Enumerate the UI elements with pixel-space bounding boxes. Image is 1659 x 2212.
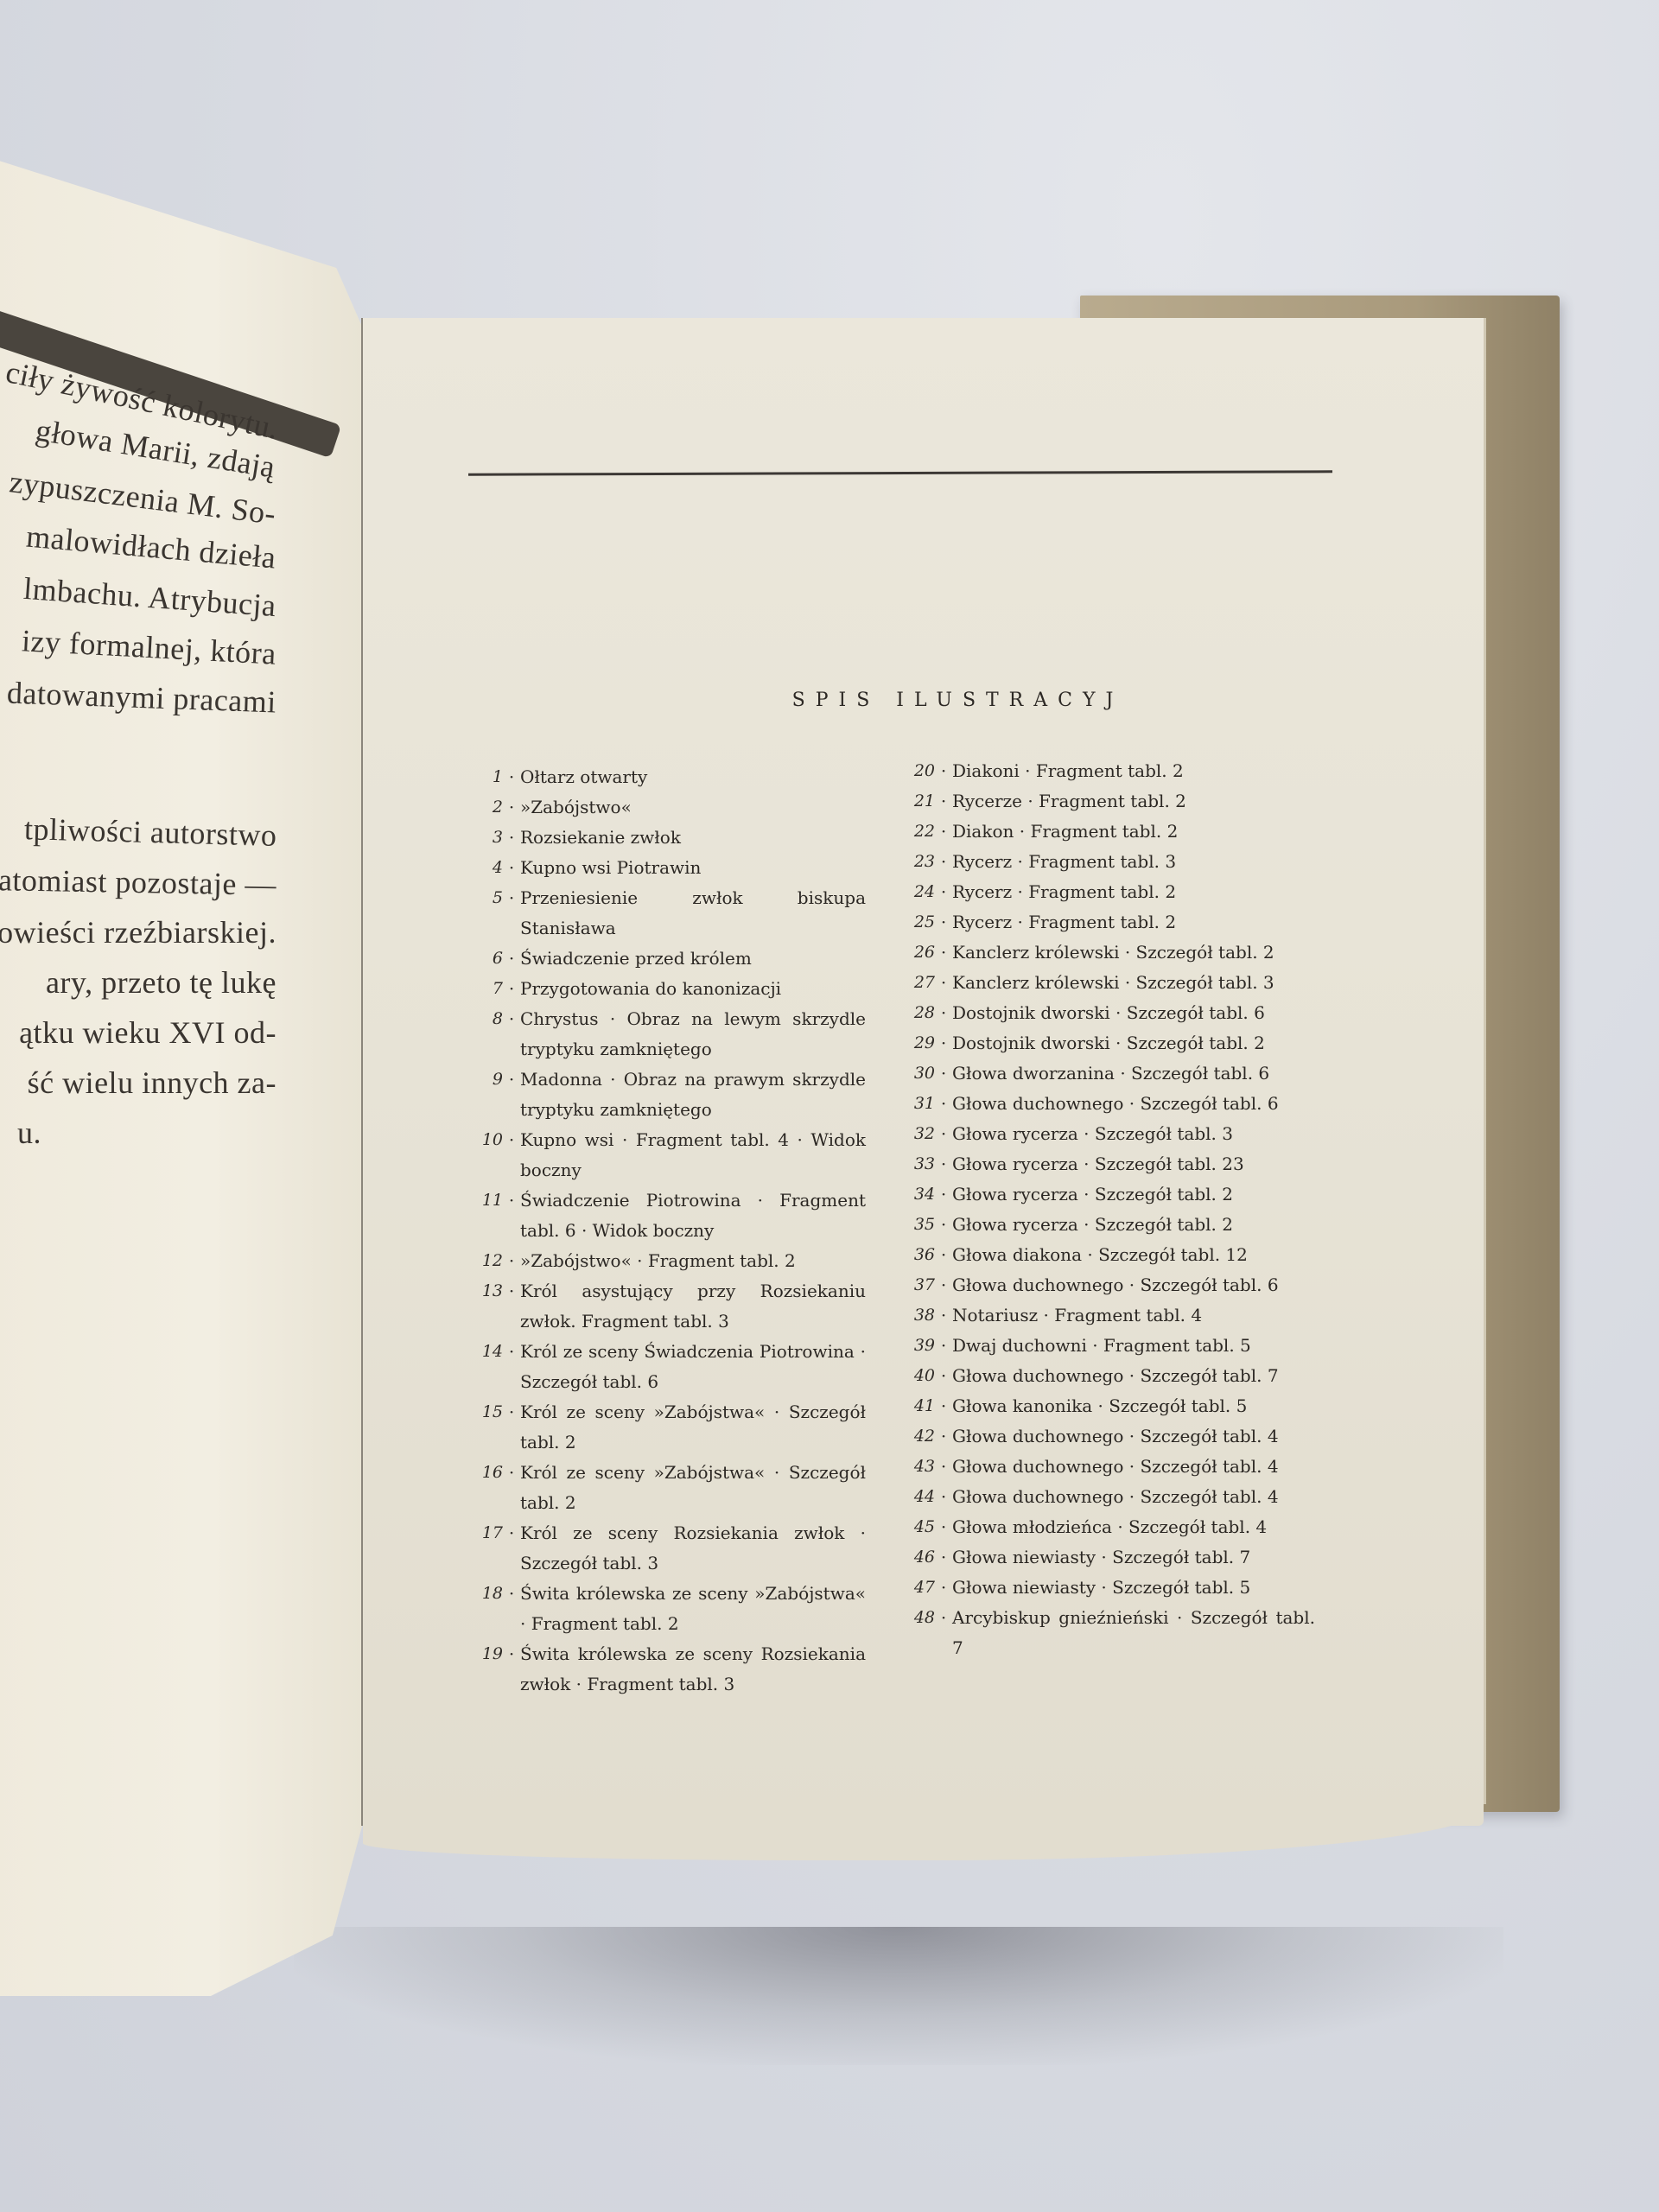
left-text-line: ary, przeto tę lukę [46, 964, 276, 1001]
illustration-caption: Głowa duchownego · Szczegół tabl. 7 [952, 1361, 1315, 1391]
illustration-number: 3 [468, 823, 503, 853]
left-text-line: datowanymi pracami [6, 675, 276, 721]
list-item: 10·Kupno wsi · Fragment tabl. 4 · Widok … [468, 1125, 866, 1185]
separator-dot: · [503, 1185, 520, 1216]
illustration-number: 37 [900, 1270, 935, 1300]
illustration-caption: Głowa niewiasty · Szczegół tabl. 5 [952, 1573, 1315, 1603]
separator-dot: · [935, 1300, 952, 1331]
illustration-number: 28 [900, 998, 935, 1028]
illustration-caption: Głowa rycerza · Szczegół tabl. 23 [952, 1149, 1315, 1179]
illustration-caption: Rycerz · Fragment tabl. 3 [952, 847, 1315, 877]
separator-dot: · [935, 938, 952, 968]
illustration-number: 48 [900, 1603, 935, 1633]
separator-dot: · [503, 1276, 520, 1306]
separator-dot: · [935, 1452, 952, 1482]
left-text-line: izy formalnej, która [21, 622, 277, 671]
list-item: 5·Przeniesienie zwłok biskupa Stanisława [468, 883, 866, 944]
illustration-caption: Król ze sceny Rozsiekania zwłok · Szczeg… [520, 1518, 866, 1579]
list-item: 41·Głowa kanonika · Szczegół tabl. 5 [900, 1391, 1315, 1421]
illustration-caption: Rycerz · Fragment tabl. 2 [952, 877, 1315, 907]
illustration-number: 8 [468, 1004, 503, 1034]
separator-dot: · [935, 877, 952, 907]
illustration-number: 33 [900, 1149, 935, 1179]
left-text-line: owieści rzeźbiarskiej. [0, 914, 276, 950]
list-item: 33·Głowa rycerza · Szczegół tabl. 23 [900, 1149, 1315, 1179]
illustration-caption: Świta królewska ze sceny Rozsiekania zwł… [520, 1639, 866, 1700]
list-item: 32·Głowa rycerza · Szczegół tabl. 3 [900, 1119, 1315, 1149]
list-item: 35·Głowa rycerza · Szczegół tabl. 2 [900, 1210, 1315, 1240]
left-text-line: atomiast pozostaje — [0, 861, 276, 903]
illustration-caption: Diakoni · Fragment tabl. 2 [952, 756, 1315, 786]
separator-dot: · [503, 883, 520, 913]
illustration-number: 4 [468, 853, 503, 883]
list-item: 21·Rycerze · Fragment tabl. 2 [900, 786, 1315, 817]
illustration-number: 40 [900, 1361, 935, 1391]
separator-dot: · [935, 1603, 952, 1633]
list-item: 9·Madonna · Obraz na prawym skrzydle try… [468, 1065, 866, 1125]
illustration-number: 44 [900, 1482, 935, 1512]
illustration-number: 16 [468, 1458, 503, 1488]
illustration-caption: Głowa duchownego · Szczegół tabl. 6 [952, 1089, 1315, 1119]
illustration-number: 18 [468, 1579, 503, 1609]
illustration-number: 15 [468, 1397, 503, 1427]
list-item: 11·Świadczenie Piotrowina · Fragment tab… [468, 1185, 866, 1246]
list-item: 31·Głowa duchownego · Szczegół tabl. 6 [900, 1089, 1315, 1119]
separator-dot: · [503, 974, 520, 1004]
list-item: 18·Świta królewska ze sceny »Zabójstwa« … [468, 1579, 866, 1639]
illustration-caption: Świadczenie Piotrowina · Fragment tabl. … [520, 1185, 866, 1246]
illustration-caption: Kupno wsi · Fragment tabl. 4 · Widok boc… [520, 1125, 866, 1185]
separator-dot: · [503, 944, 520, 974]
illustration-caption: Notariusz · Fragment tabl. 4 [952, 1300, 1315, 1331]
illustration-number: 19 [468, 1639, 503, 1669]
separator-dot: · [935, 1028, 952, 1058]
separator-dot: · [935, 1331, 952, 1361]
list-item: 37·Głowa duchownego · Szczegół tabl. 6 [900, 1270, 1315, 1300]
illustration-caption: Król asystujący przy Rozsiekaniu zwłok. … [520, 1276, 866, 1337]
list-item: 25·Rycerz · Fragment tabl. 2 [900, 907, 1315, 938]
separator-dot: · [935, 998, 952, 1028]
illustration-number: 2 [468, 792, 503, 823]
list-item: 39·Dwaj duchowni · Fragment tabl. 5 [900, 1331, 1315, 1361]
illustration-caption: Głowa duchownego · Szczegół tabl. 6 [952, 1270, 1315, 1300]
separator-dot: · [935, 1542, 952, 1573]
separator-dot: · [503, 1337, 520, 1367]
illustration-number: 39 [900, 1331, 935, 1361]
list-item: 24·Rycerz · Fragment tabl. 2 [900, 877, 1315, 907]
illustration-caption: Kanclerz królewski · Szczegół tabl. 2 [952, 938, 1315, 968]
illustration-number: 1 [468, 762, 503, 792]
separator-dot: · [935, 907, 952, 938]
left-page-text: ciły żywość kolorytu. głowa Marii, zdają… [0, 156, 363, 1996]
separator-dot: · [503, 1639, 520, 1669]
separator-dot: · [935, 1149, 952, 1179]
illustration-number: 27 [900, 968, 935, 998]
separator-dot: · [935, 1361, 952, 1391]
illustration-number: 31 [900, 1089, 935, 1119]
illustration-list-left: 1·Ołtarz otwarty2·»Zabójstwo«3·Rozsiekan… [468, 762, 866, 1700]
list-item: 44·Głowa duchownego · Szczegół tabl. 4 [900, 1482, 1315, 1512]
illustration-caption: Madonna · Obraz na prawym skrzydle trypt… [520, 1065, 866, 1125]
illustration-caption: Kanclerz królewski · Szczegół tabl. 3 [952, 968, 1315, 998]
separator-dot: · [935, 1573, 952, 1603]
list-item: 38·Notariusz · Fragment tabl. 4 [900, 1300, 1315, 1331]
illustration-number: 47 [900, 1573, 935, 1603]
separator-dot: · [935, 1391, 952, 1421]
illustration-caption: Król ze sceny Świadczenia Piotrowina · S… [520, 1337, 866, 1397]
list-item: 19·Świta królewska ze sceny Rozsiekania … [468, 1639, 866, 1700]
list-item: 3·Rozsiekanie zwłok [468, 823, 866, 853]
illustration-number: 42 [900, 1421, 935, 1452]
illustration-caption: Głowa niewiasty · Szczegół tabl. 7 [952, 1542, 1315, 1573]
left-text-line: ątku wieku XVI od- [19, 1014, 276, 1051]
separator-dot: · [503, 823, 520, 853]
list-item: 23·Rycerz · Fragment tabl. 3 [900, 847, 1315, 877]
illustration-number: 45 [900, 1512, 935, 1542]
page-title: SPIS ILUSTRACYJ [363, 690, 1484, 711]
illustration-number: 22 [900, 817, 935, 847]
illustration-number: 12 [468, 1246, 503, 1276]
illustration-number: 21 [900, 786, 935, 817]
illustration-number: 38 [900, 1300, 935, 1331]
illustration-number: 46 [900, 1542, 935, 1573]
list-item: 29·Dostojnik dworski · Szczegół tabl. 2 [900, 1028, 1315, 1058]
separator-dot: · [503, 1397, 520, 1427]
illustration-number: 35 [900, 1210, 935, 1240]
list-item: 46·Głowa niewiasty · Szczegół tabl. 7 [900, 1542, 1315, 1573]
list-item: 40·Głowa duchownego · Szczegół tabl. 7 [900, 1361, 1315, 1391]
separator-dot: · [935, 1421, 952, 1452]
separator-dot: · [935, 786, 952, 817]
list-item: 13·Król asystujący przy Rozsiekaniu zwło… [468, 1276, 866, 1337]
illustration-number: 24 [900, 877, 935, 907]
separator-dot: · [503, 1065, 520, 1095]
separator-dot: · [503, 1125, 520, 1155]
illustration-caption: Świta królewska ze sceny »Zabójstwa« · F… [520, 1579, 866, 1639]
right-page: SPIS ILUSTRACYJ 1·Ołtarz otwarty2·»Zabój… [361, 318, 1484, 1826]
list-item: 1·Ołtarz otwarty [468, 762, 866, 792]
list-item: 17·Król ze sceny Rozsiekania zwłok · Szc… [468, 1518, 866, 1579]
horizontal-rule [468, 470, 1332, 475]
list-item: 26·Kanclerz królewski · Szczegół tabl. 2 [900, 938, 1315, 968]
illustration-number: 25 [900, 907, 935, 938]
left-text-line: ść wielu innych za- [28, 1065, 276, 1101]
separator-dot: · [935, 847, 952, 877]
illustration-caption: Rycerz · Fragment tabl. 2 [952, 907, 1315, 938]
illustration-caption: Król ze sceny »Zabójstwa« · Szczegół tab… [520, 1458, 866, 1518]
illustration-number: 14 [468, 1337, 503, 1367]
illustration-caption: Głowa dworzanina · Szczegół tabl. 6 [952, 1058, 1315, 1089]
separator-dot: · [935, 1119, 952, 1149]
list-item: 36·Głowa diakona · Szczegół tabl. 12 [900, 1240, 1315, 1270]
list-item: 14·Król ze sceny Świadczenia Piotrowina … [468, 1337, 866, 1397]
illustration-caption: Przeniesienie zwłok biskupa Stanisława [520, 883, 866, 944]
separator-dot: · [935, 1482, 952, 1512]
illustration-caption: Ołtarz otwarty [520, 762, 866, 792]
book-shadow [294, 1927, 1503, 2065]
illustration-caption: »Zabójstwo« · Fragment tabl. 2 [520, 1246, 866, 1276]
illustration-caption: Dostojnik dworski · Szczegół tabl. 6 [952, 998, 1315, 1028]
list-item: 7·Przygotowania do kanonizacji [468, 974, 866, 1004]
list-item: 34·Głowa rycerza · Szczegół tabl. 2 [900, 1179, 1315, 1210]
list-item: 12·»Zabójstwo« · Fragment tabl. 2 [468, 1246, 866, 1276]
illustration-number: 26 [900, 938, 935, 968]
left-text-line: lmbachu. Atrybucja [22, 570, 277, 624]
separator-dot: · [503, 1246, 520, 1276]
illustration-number: 5 [468, 883, 503, 913]
list-item: 22·Diakon · Fragment tabl. 2 [900, 817, 1315, 847]
illustration-number: 10 [468, 1125, 503, 1155]
illustration-caption: Głowa rycerza · Szczegół tabl. 2 [952, 1210, 1315, 1240]
separator-dot: · [503, 792, 520, 823]
illustration-caption: Chrystus · Obraz na lewym skrzydle trypt… [520, 1004, 866, 1065]
list-item: 45·Głowa młodzieńca · Szczegół tabl. 4 [900, 1512, 1315, 1542]
list-item: 43·Głowa duchownego · Szczegół tabl. 4 [900, 1452, 1315, 1482]
illustration-caption: Dwaj duchowni · Fragment tabl. 5 [952, 1331, 1315, 1361]
illustration-number: 41 [900, 1391, 935, 1421]
separator-dot: · [935, 1089, 952, 1119]
separator-dot: · [935, 1179, 952, 1210]
illustration-number: 20 [900, 756, 935, 786]
illustration-caption: Rozsiekanie zwłok [520, 823, 866, 853]
illustration-caption: Arcybiskup gnieźnieński · Szczegół tabl.… [952, 1603, 1315, 1663]
illustration-number: 11 [468, 1185, 503, 1216]
illustration-number: 34 [900, 1179, 935, 1210]
illustration-caption: Głowa młodzieńca · Szczegół tabl. 4 [952, 1512, 1315, 1542]
separator-dot: · [503, 1579, 520, 1609]
left-page: ciły żywość kolorytu. głowa Marii, zdają… [0, 156, 363, 1996]
illustration-number: 17 [468, 1518, 503, 1548]
list-item: 6·Świadczenie przed królem [468, 944, 866, 974]
illustration-list-right: 20·Diakoni · Fragment tabl. 221·Rycerze … [900, 756, 1315, 1663]
separator-dot: · [935, 1210, 952, 1240]
illustration-caption: Głowa diakona · Szczegół tabl. 12 [952, 1240, 1315, 1270]
illustration-caption: Rycerze · Fragment tabl. 2 [952, 786, 1315, 817]
separator-dot: · [935, 1058, 952, 1089]
separator-dot: · [935, 1240, 952, 1270]
list-item: 2·»Zabójstwo« [468, 792, 866, 823]
illustration-caption: Głowa rycerza · Szczegół tabl. 2 [952, 1179, 1315, 1210]
illustration-caption: Głowa kanonika · Szczegół tabl. 5 [952, 1391, 1315, 1421]
separator-dot: · [503, 853, 520, 883]
illustration-number: 23 [900, 847, 935, 877]
illustration-caption: Głowa duchownego · Szczegół tabl. 4 [952, 1421, 1315, 1452]
illustration-number: 32 [900, 1119, 935, 1149]
list-item: 4·Kupno wsi Piotrawin [468, 853, 866, 883]
list-item: 20·Diakoni · Fragment tabl. 2 [900, 756, 1315, 786]
illustration-caption: Głowa duchownego · Szczegół tabl. 4 [952, 1452, 1315, 1482]
illustration-caption: Głowa duchownego · Szczegół tabl. 4 [952, 1482, 1315, 1512]
illustration-number: 7 [468, 974, 503, 1004]
illustration-number: 30 [900, 1058, 935, 1089]
illustration-caption: Świadczenie przed królem [520, 944, 866, 974]
illustration-caption: Diakon · Fragment tabl. 2 [952, 817, 1315, 847]
list-item: 42·Głowa duchownego · Szczegół tabl. 4 [900, 1421, 1315, 1452]
left-text-line: tpliwości autorstwo [23, 810, 276, 854]
list-item: 48·Arcybiskup gnieźnieński · Szczegół ta… [900, 1603, 1315, 1663]
separator-dot: · [503, 762, 520, 792]
list-item: 27·Kanclerz królewski · Szczegół tabl. 3 [900, 968, 1315, 998]
illustration-number: 29 [900, 1028, 935, 1058]
separator-dot: · [935, 1270, 952, 1300]
list-item: 15·Król ze sceny »Zabójstwa« · Szczegół … [468, 1397, 866, 1458]
illustration-number: 13 [468, 1276, 503, 1306]
list-item: 47·Głowa niewiasty · Szczegół tabl. 5 [900, 1573, 1315, 1603]
separator-dot: · [503, 1518, 520, 1548]
illustration-number: 6 [468, 944, 503, 974]
separator-dot: · [935, 756, 952, 786]
separator-dot: · [503, 1004, 520, 1034]
separator-dot: · [935, 1512, 952, 1542]
illustration-caption: Dostojnik dworski · Szczegół tabl. 2 [952, 1028, 1315, 1058]
list-item: 30·Głowa dworzanina · Szczegół tabl. 6 [900, 1058, 1315, 1089]
illustration-caption: Głowa rycerza · Szczegół tabl. 3 [952, 1119, 1315, 1149]
separator-dot: · [935, 817, 952, 847]
illustration-caption: Kupno wsi Piotrawin [520, 853, 866, 883]
left-text-line: u. [17, 1115, 41, 1151]
list-item: 28·Dostojnik dworski · Szczegół tabl. 6 [900, 998, 1315, 1028]
illustration-number: 36 [900, 1240, 935, 1270]
illustration-number: 43 [900, 1452, 935, 1482]
separator-dot: · [503, 1458, 520, 1488]
illustration-caption: »Zabójstwo« [520, 792, 866, 823]
illustration-caption: Przygotowania do kanonizacji [520, 974, 866, 1004]
illustration-caption: Król ze sceny »Zabójstwa« · Szczegół tab… [520, 1397, 866, 1458]
list-item: 8·Chrystus · Obraz na lewym skrzydle try… [468, 1004, 866, 1065]
illustration-number: 9 [468, 1065, 503, 1095]
separator-dot: · [935, 968, 952, 998]
list-item: 16·Król ze sceny »Zabójstwa« · Szczegół … [468, 1458, 866, 1518]
